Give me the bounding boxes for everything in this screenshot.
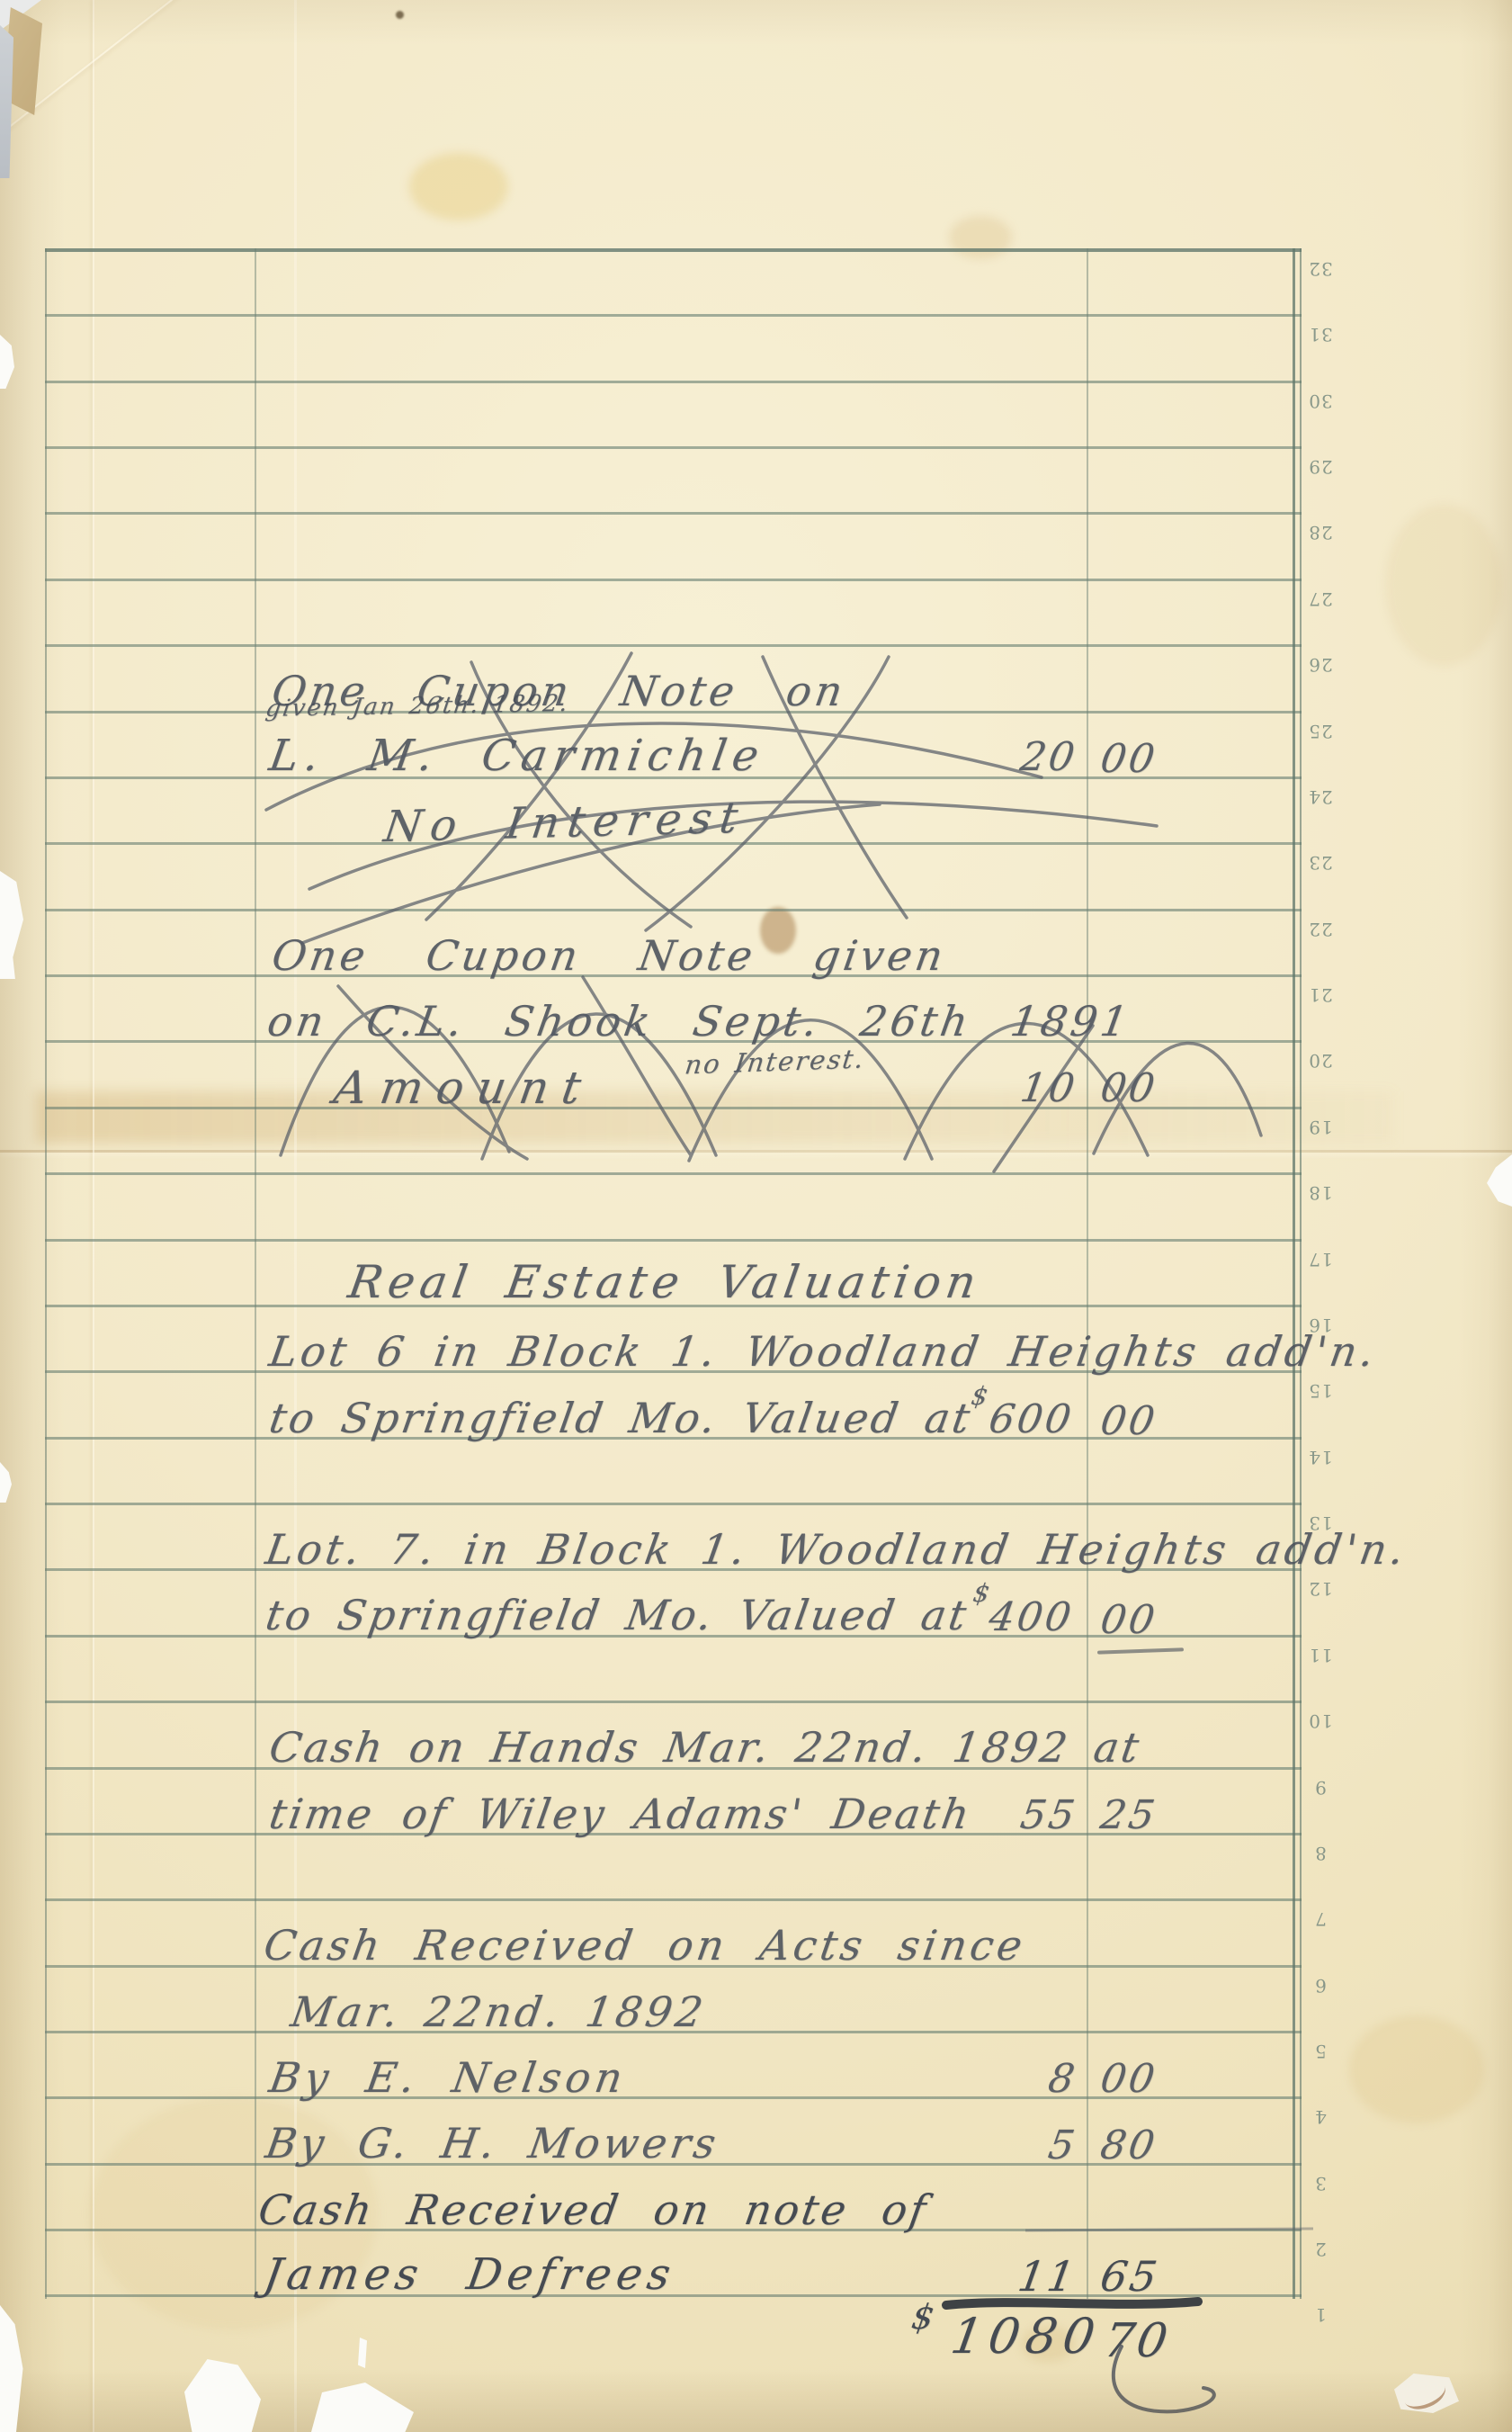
strikeout-entry-carmichael [266,653,1157,943]
pencil-marks [0,0,1512,2432]
total-heavy-underline [946,2302,1198,2305]
strikeout-entry-shook [281,977,1261,1171]
pencil-line-segment [1025,2229,1313,2230]
total-flourish [1114,2347,1214,2411]
scanned-ledger-page: 3231302928272625242322212019181716151413… [0,0,1512,2432]
